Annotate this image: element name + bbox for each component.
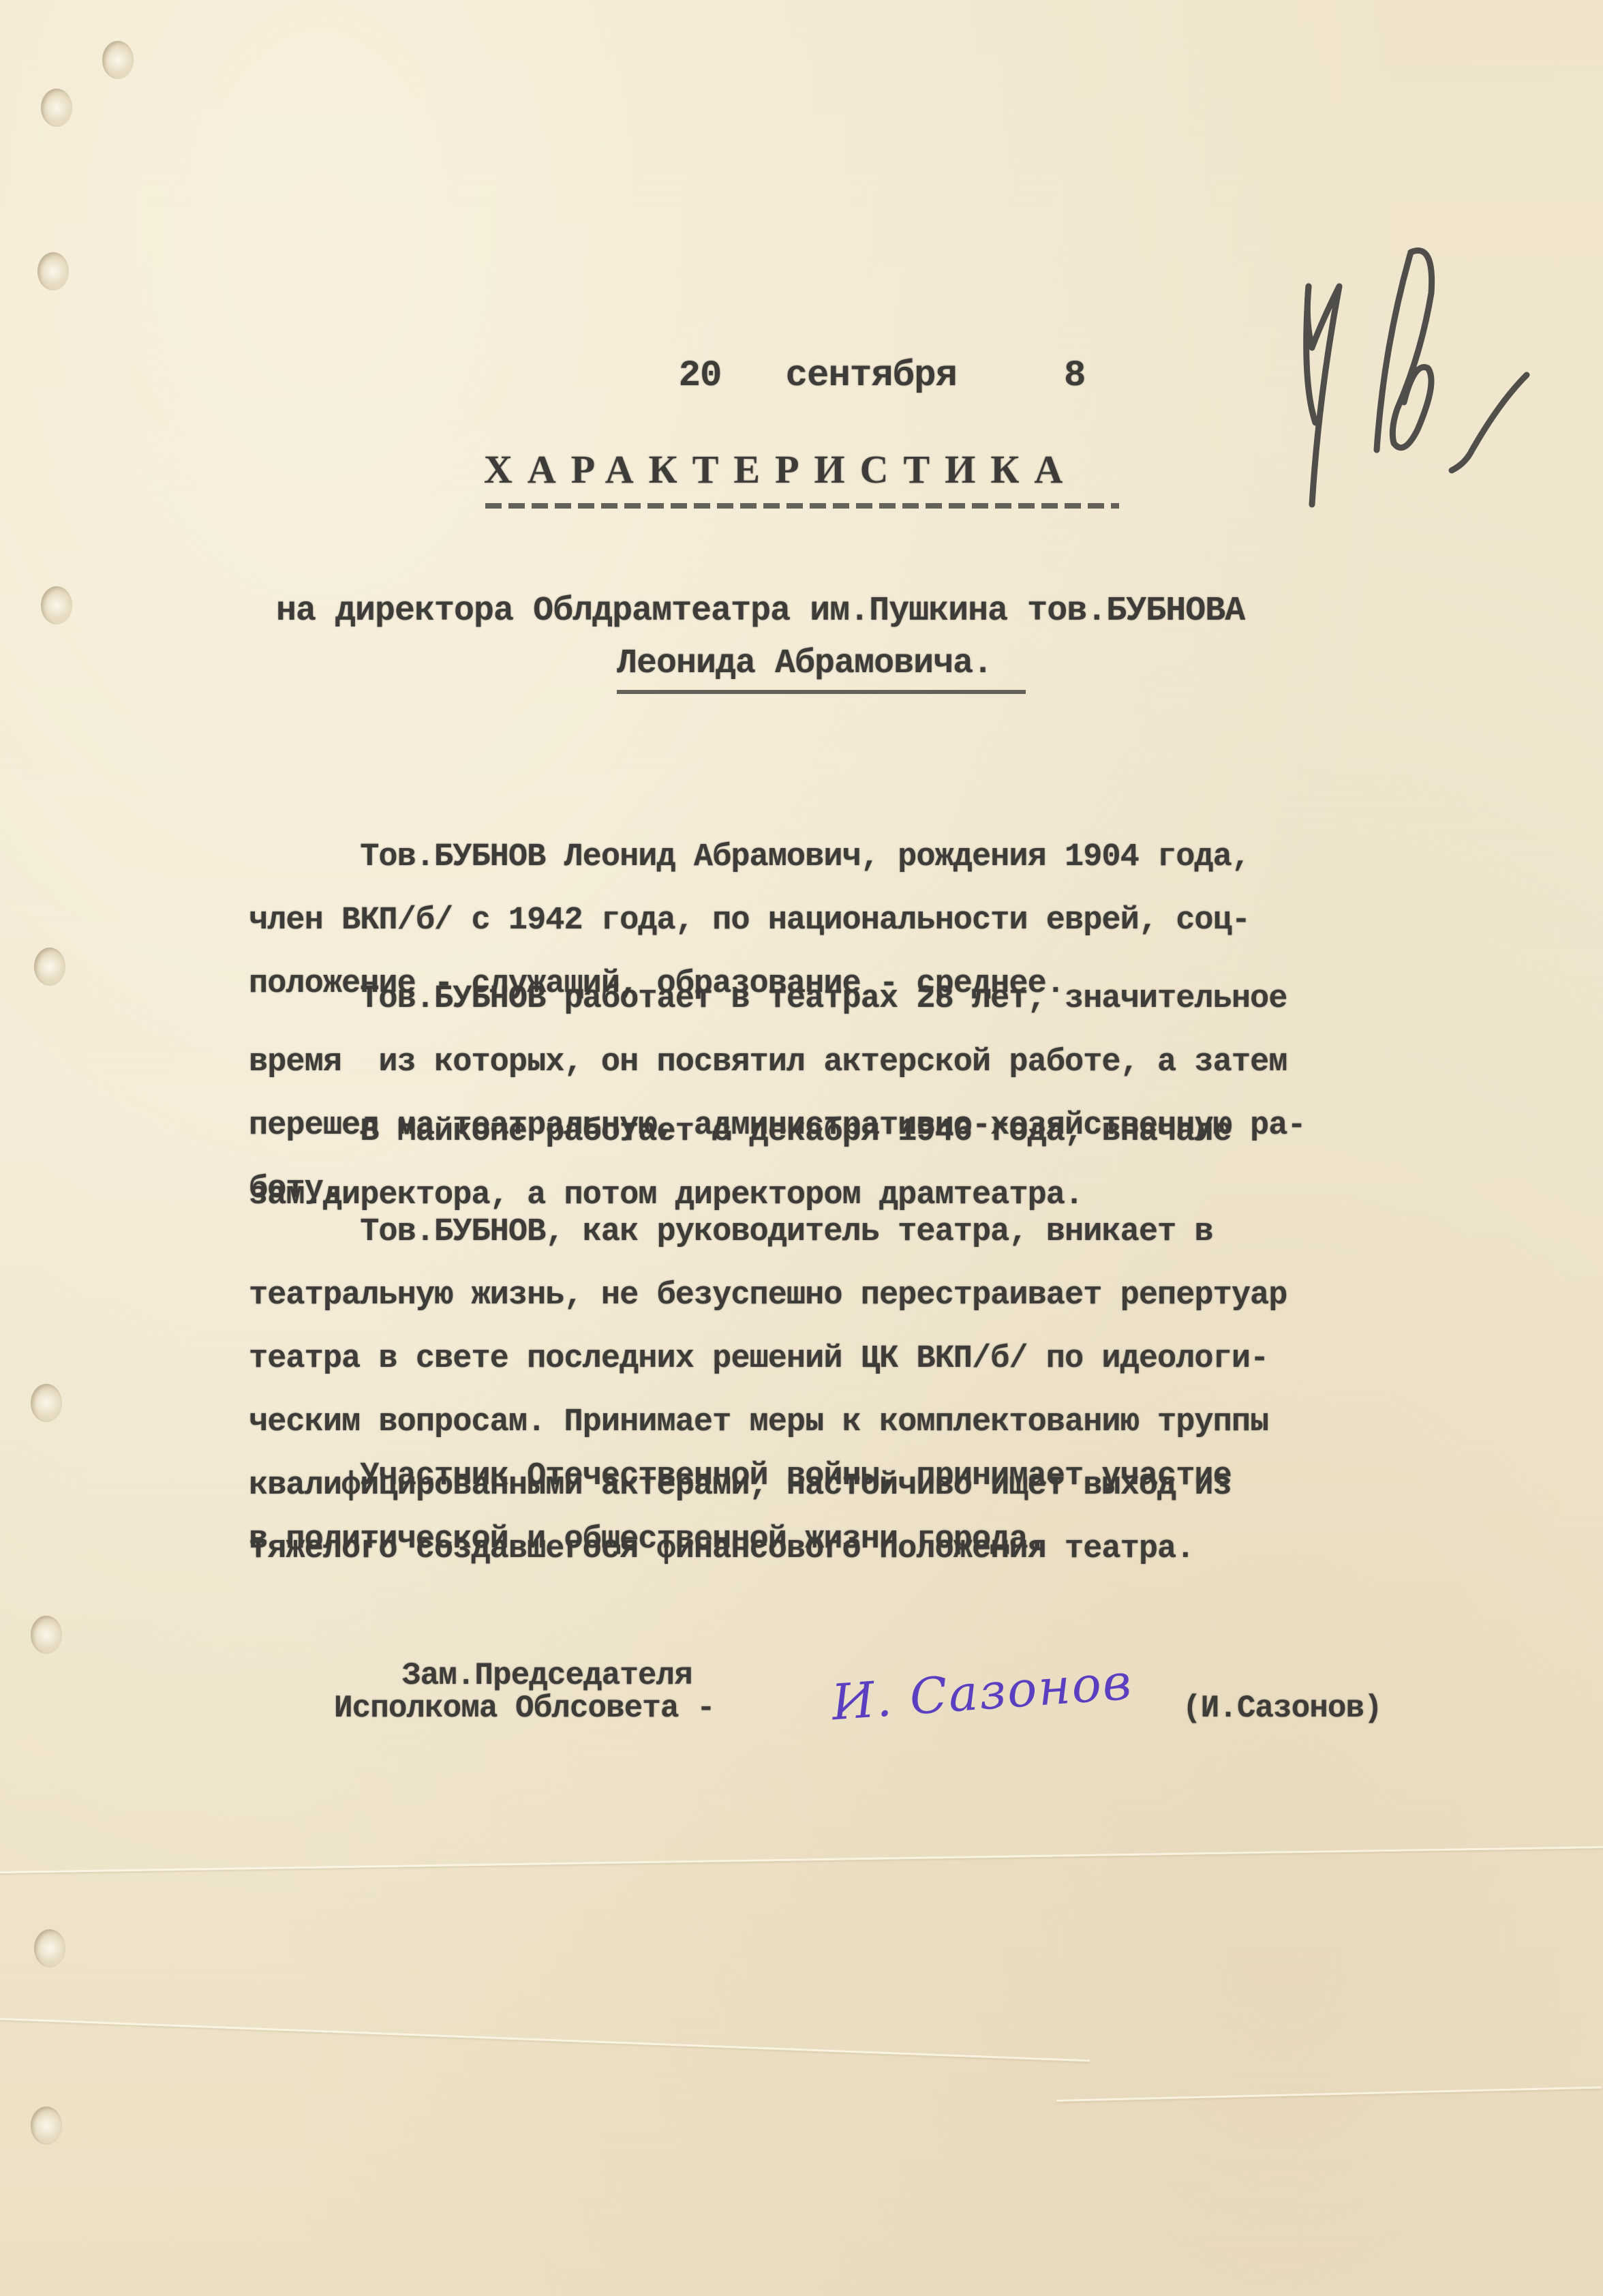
text-line: театральную жизнь, не безуспешно перестр… xyxy=(249,1285,1287,1306)
document-subtitle-line1: на директора Облдрамтеатра им.Пушкина то… xyxy=(276,592,1245,631)
signatory-position-line1: Зам.Председателя xyxy=(402,1658,692,1693)
title-underline xyxy=(485,503,1119,509)
punch-hole-icon xyxy=(31,1616,62,1654)
document-subtitle-line2: Леонида Абрамовича. xyxy=(617,644,992,683)
punch-hole-icon xyxy=(41,89,72,127)
document-title: ХАРАКТЕРИСТИКА xyxy=(484,447,1078,492)
text-line: театра в свете последних решений ЦК ВКП/… xyxy=(249,1348,1287,1370)
text-line: Тов.БУБНОВ, как руководитель театра, вни… xyxy=(249,1222,1287,1243)
paper-crease xyxy=(0,1846,1603,1873)
text-line: Тов.БУБНОВ работает в театрах 28 лет, зн… xyxy=(249,988,1306,1010)
punch-hole-icon xyxy=(34,948,65,986)
date-year-digit: 8 xyxy=(1064,355,1085,397)
signatory-printed-name: (И.Сазонов) xyxy=(1182,1691,1382,1726)
punch-hole-icon xyxy=(41,586,72,624)
paper-crease xyxy=(0,2018,1090,2061)
punch-hole-icon xyxy=(34,1929,65,1967)
punch-hole-icon xyxy=(31,1384,62,1422)
document-date: 20 сентября 8 xyxy=(593,314,1085,438)
punch-hole-icon xyxy=(102,41,134,79)
text-line: В Майкопе работает с декабря 1946 года, … xyxy=(249,1121,1232,1143)
signatory-position-line2: Исполкома Облсовета - xyxy=(334,1691,715,1726)
pencil-folio-76-icon xyxy=(1281,245,1568,532)
subtitle-underline xyxy=(617,690,1026,694)
paper-crease xyxy=(1056,2086,1602,2102)
date-day: 20 xyxy=(679,355,722,397)
handwritten-signature: И. Сазонов xyxy=(830,1653,1135,1732)
text-line: в политической и общественной жизни горо… xyxy=(249,1529,1232,1550)
document-page: 20 сентября 8 ХАРАКТЕРИСТИКА на директор… xyxy=(0,0,1603,2296)
text-line: Тов.БУБНОВ Леонид Абрамович, рождения 19… xyxy=(249,847,1250,868)
date-month: сентября xyxy=(786,355,957,397)
punch-hole-icon xyxy=(37,252,69,290)
paragraph-war-participant: Участник Отечественной войны, принимает … xyxy=(249,1423,1232,1592)
punch-hole-icon xyxy=(31,2106,62,2145)
text-line: член ВКП/б/ с 1942 года, по национальнос… xyxy=(249,910,1250,931)
text-line: Участник Отечественной войны, принимает … xyxy=(249,1466,1232,1487)
folio-number xyxy=(1281,245,1568,535)
text-line: время из которых, он посвятил актерской … xyxy=(249,1052,1306,1073)
